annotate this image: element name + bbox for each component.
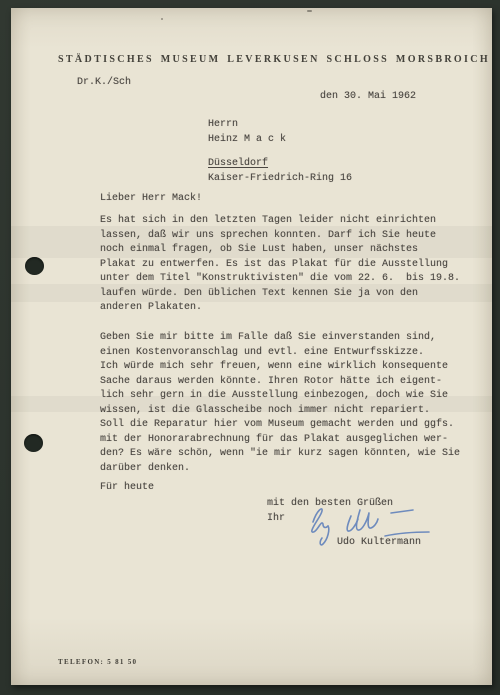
letter-valediction-ihr: Ihr <box>267 512 285 527</box>
paper-speck <box>161 18 163 20</box>
scanner-background: STÄDTISCHES MUSEUM LEVERKUSEN SCHLOSS MO… <box>0 0 500 695</box>
signer-name: Udo Kultermann <box>337 536 421 551</box>
recipient-address-block: Herrn Heinz M a c k Düsseldorf Kaiser-Fr… <box>208 118 352 186</box>
punch-hole-bottom <box>24 434 43 452</box>
letter-paper: STÄDTISCHES MUSEUM LEVERKUSEN SCHLOSS MO… <box>11 8 492 685</box>
recipient-salutation: Herrn <box>208 118 352 133</box>
letter-paragraph-1: Es hat sich in den letzten Tagen leider … <box>100 214 460 316</box>
footer-telephone: TELEFON: 5 81 50 <box>58 658 137 666</box>
letterhead-museum-name: STÄDTISCHES MUSEUM LEVERKUSEN SCHLOSS MO… <box>58 54 490 65</box>
recipient-name: Heinz M a c k <box>208 133 352 148</box>
letter-closing-line: Für heute <box>100 481 154 496</box>
punch-hole-top <box>25 257 44 275</box>
recipient-city: Düsseldorf <box>208 157 352 172</box>
letter-paragraph-2: Geben Sie mir bitte im Falle daß Sie ein… <box>100 331 460 476</box>
reference-initials: Dr.K./Sch <box>77 76 131 91</box>
recipient-street: Kaiser-Friedrich-Ring 16 <box>208 172 352 187</box>
paper-speck <box>307 10 312 12</box>
letter-date: den 30. Mai 1962 <box>320 90 416 105</box>
letter-greeting: Lieber Herr Mack! <box>100 192 202 207</box>
